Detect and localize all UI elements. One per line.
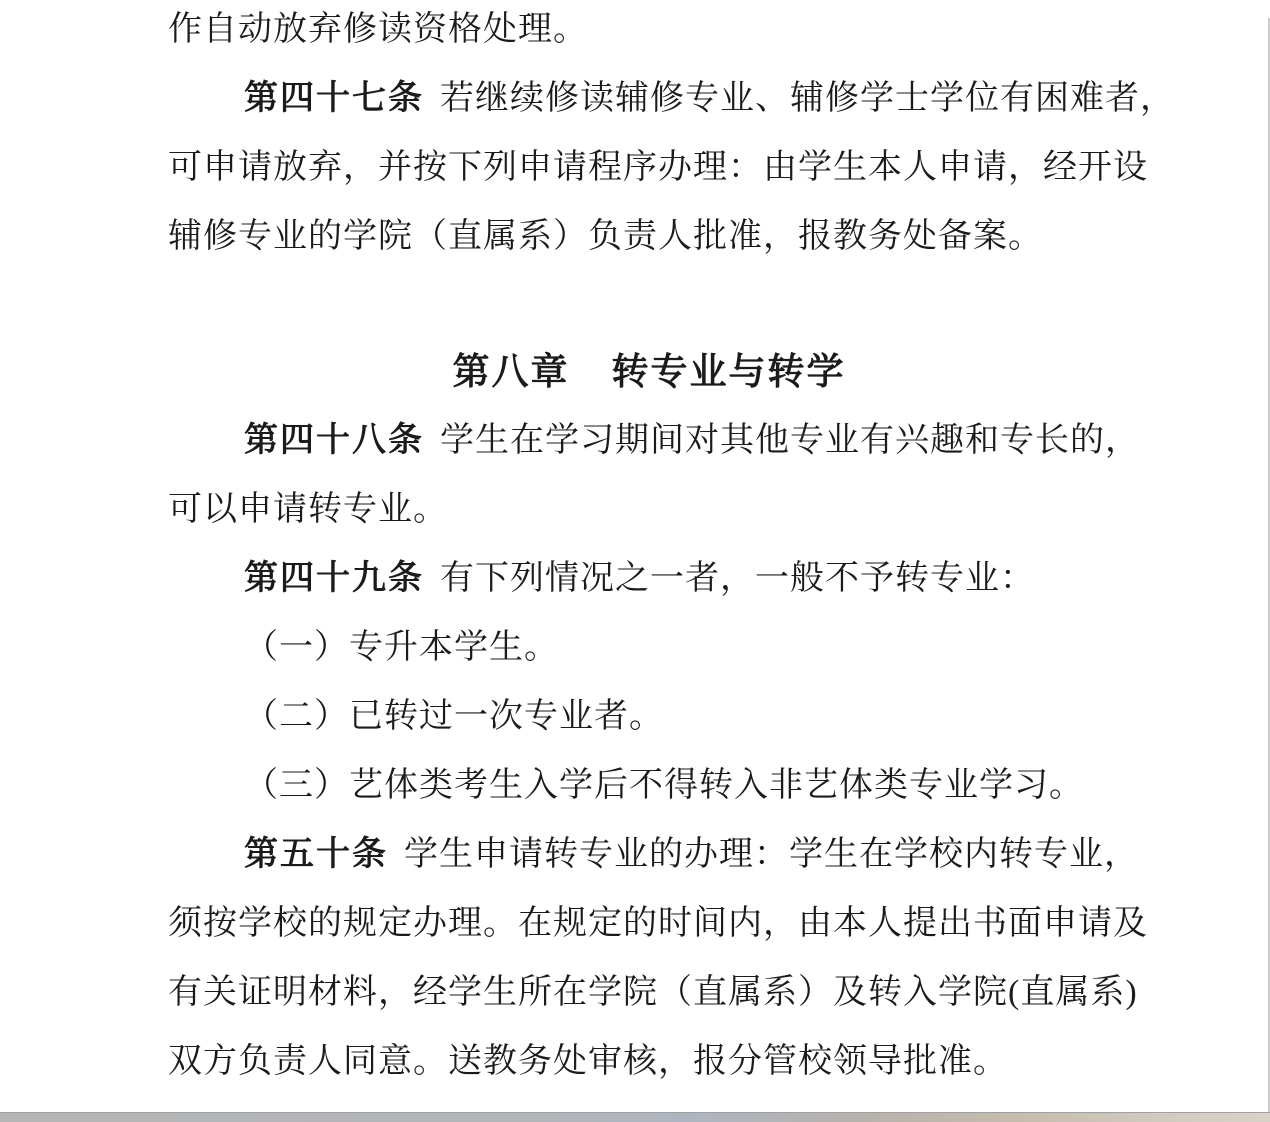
chapter-number: 第八章	[453, 350, 570, 393]
list-item-1: （一）专升本学生。	[168, 613, 1130, 682]
text-line-content: 若继续修读辅修专业、辅修学士学位有困难者，	[440, 80, 1175, 117]
text-line-content: 辅修专业的学院（直属系）负责人批准，报教务处备案。	[168, 218, 1043, 255]
article-50-line: 第五十条学生申请转专业的办理：学生在学校内转专业，	[168, 820, 1130, 889]
text-line-content: 学生申请转专业的办理：学生在学校内转专业，	[404, 836, 1139, 873]
text-line-content: （三）艺体类考生入学后不得转入非艺体类专业学习。	[244, 767, 1084, 804]
article-48-number: 第四十八条	[244, 422, 424, 459]
document-page: 作自动放弃修读资格处理。 第四十七条若继续修读辅修专业、辅修学士学位有困难者， …	[0, 0, 1270, 1122]
text-line-content: （二）已转过一次专业者。	[244, 698, 664, 735]
text-line-content: 作自动放弃修读资格处理。	[168, 11, 588, 48]
text-line: 辅修专业的学院（直属系）负责人批准，报教务处备案。	[168, 202, 1130, 271]
list-item-3: （三）艺体类考生入学后不得转入非艺体类专业学习。	[168, 751, 1130, 820]
text-line-content: 可申请放弃，并按下列申请程序办理：由学生本人申请，经开设	[168, 149, 1148, 186]
text-line-content: 学生在学习期间对其他专业有兴趣和专长的，	[440, 422, 1140, 459]
article-47-number: 第四十七条	[244, 80, 424, 117]
text-line-content: 有下列情况之一者，一般不予转专业：	[440, 560, 1035, 597]
text-line-content: （一）专升本学生。	[244, 629, 559, 666]
document-text-area: 作自动放弃修读资格处理。 第四十七条若继续修读辅修专业、辅修学士学位有困难者， …	[168, 0, 1130, 1096]
text-line-content: 可以申请转专业。	[168, 491, 448, 528]
text-line: 有关证明材料，经学生所在学院（直属系）及转入学院(直属系)	[168, 958, 1130, 1027]
article-49-number: 第四十九条	[244, 560, 424, 597]
article-48-line: 第四十八条学生在学习期间对其他专业有兴趣和专长的，	[168, 406, 1130, 475]
chapter-heading: 第八章转专业与转学	[168, 337, 1130, 406]
text-line: 作自动放弃修读资格处理。	[168, 0, 1130, 64]
text-line-content: 双方负责人同意。送教务处审核，报分管校领导批准。	[168, 1043, 1008, 1080]
article-50-number: 第五十条	[244, 836, 388, 873]
article-47-line: 第四十七条若继续修读辅修专业、辅修学士学位有困难者，	[168, 64, 1130, 133]
text-line: 须按学校的规定办理。在规定的时间内，由本人提出书面申请及	[168, 889, 1130, 958]
window-bottom-edge	[0, 1112, 1270, 1122]
text-line: 双方负责人同意。送教务处审核，报分管校领导批准。	[168, 1027, 1130, 1096]
text-line: 可以申请转专业。	[168, 475, 1130, 544]
chapter-title: 转专业与转学	[612, 350, 846, 393]
list-item-2: （二）已转过一次专业者。	[168, 682, 1130, 751]
text-line-content: 有关证明材料，经学生所在学院（直属系）及转入学院(直属系)	[168, 974, 1138, 1011]
text-line-content: 须按学校的规定办理。在规定的时间内，由本人提出书面申请及	[168, 905, 1148, 942]
text-line: 可申请放弃，并按下列申请程序办理：由学生本人申请，经开设	[168, 133, 1130, 202]
article-49-line: 第四十九条有下列情况之一者，一般不予转专业：	[168, 544, 1130, 613]
